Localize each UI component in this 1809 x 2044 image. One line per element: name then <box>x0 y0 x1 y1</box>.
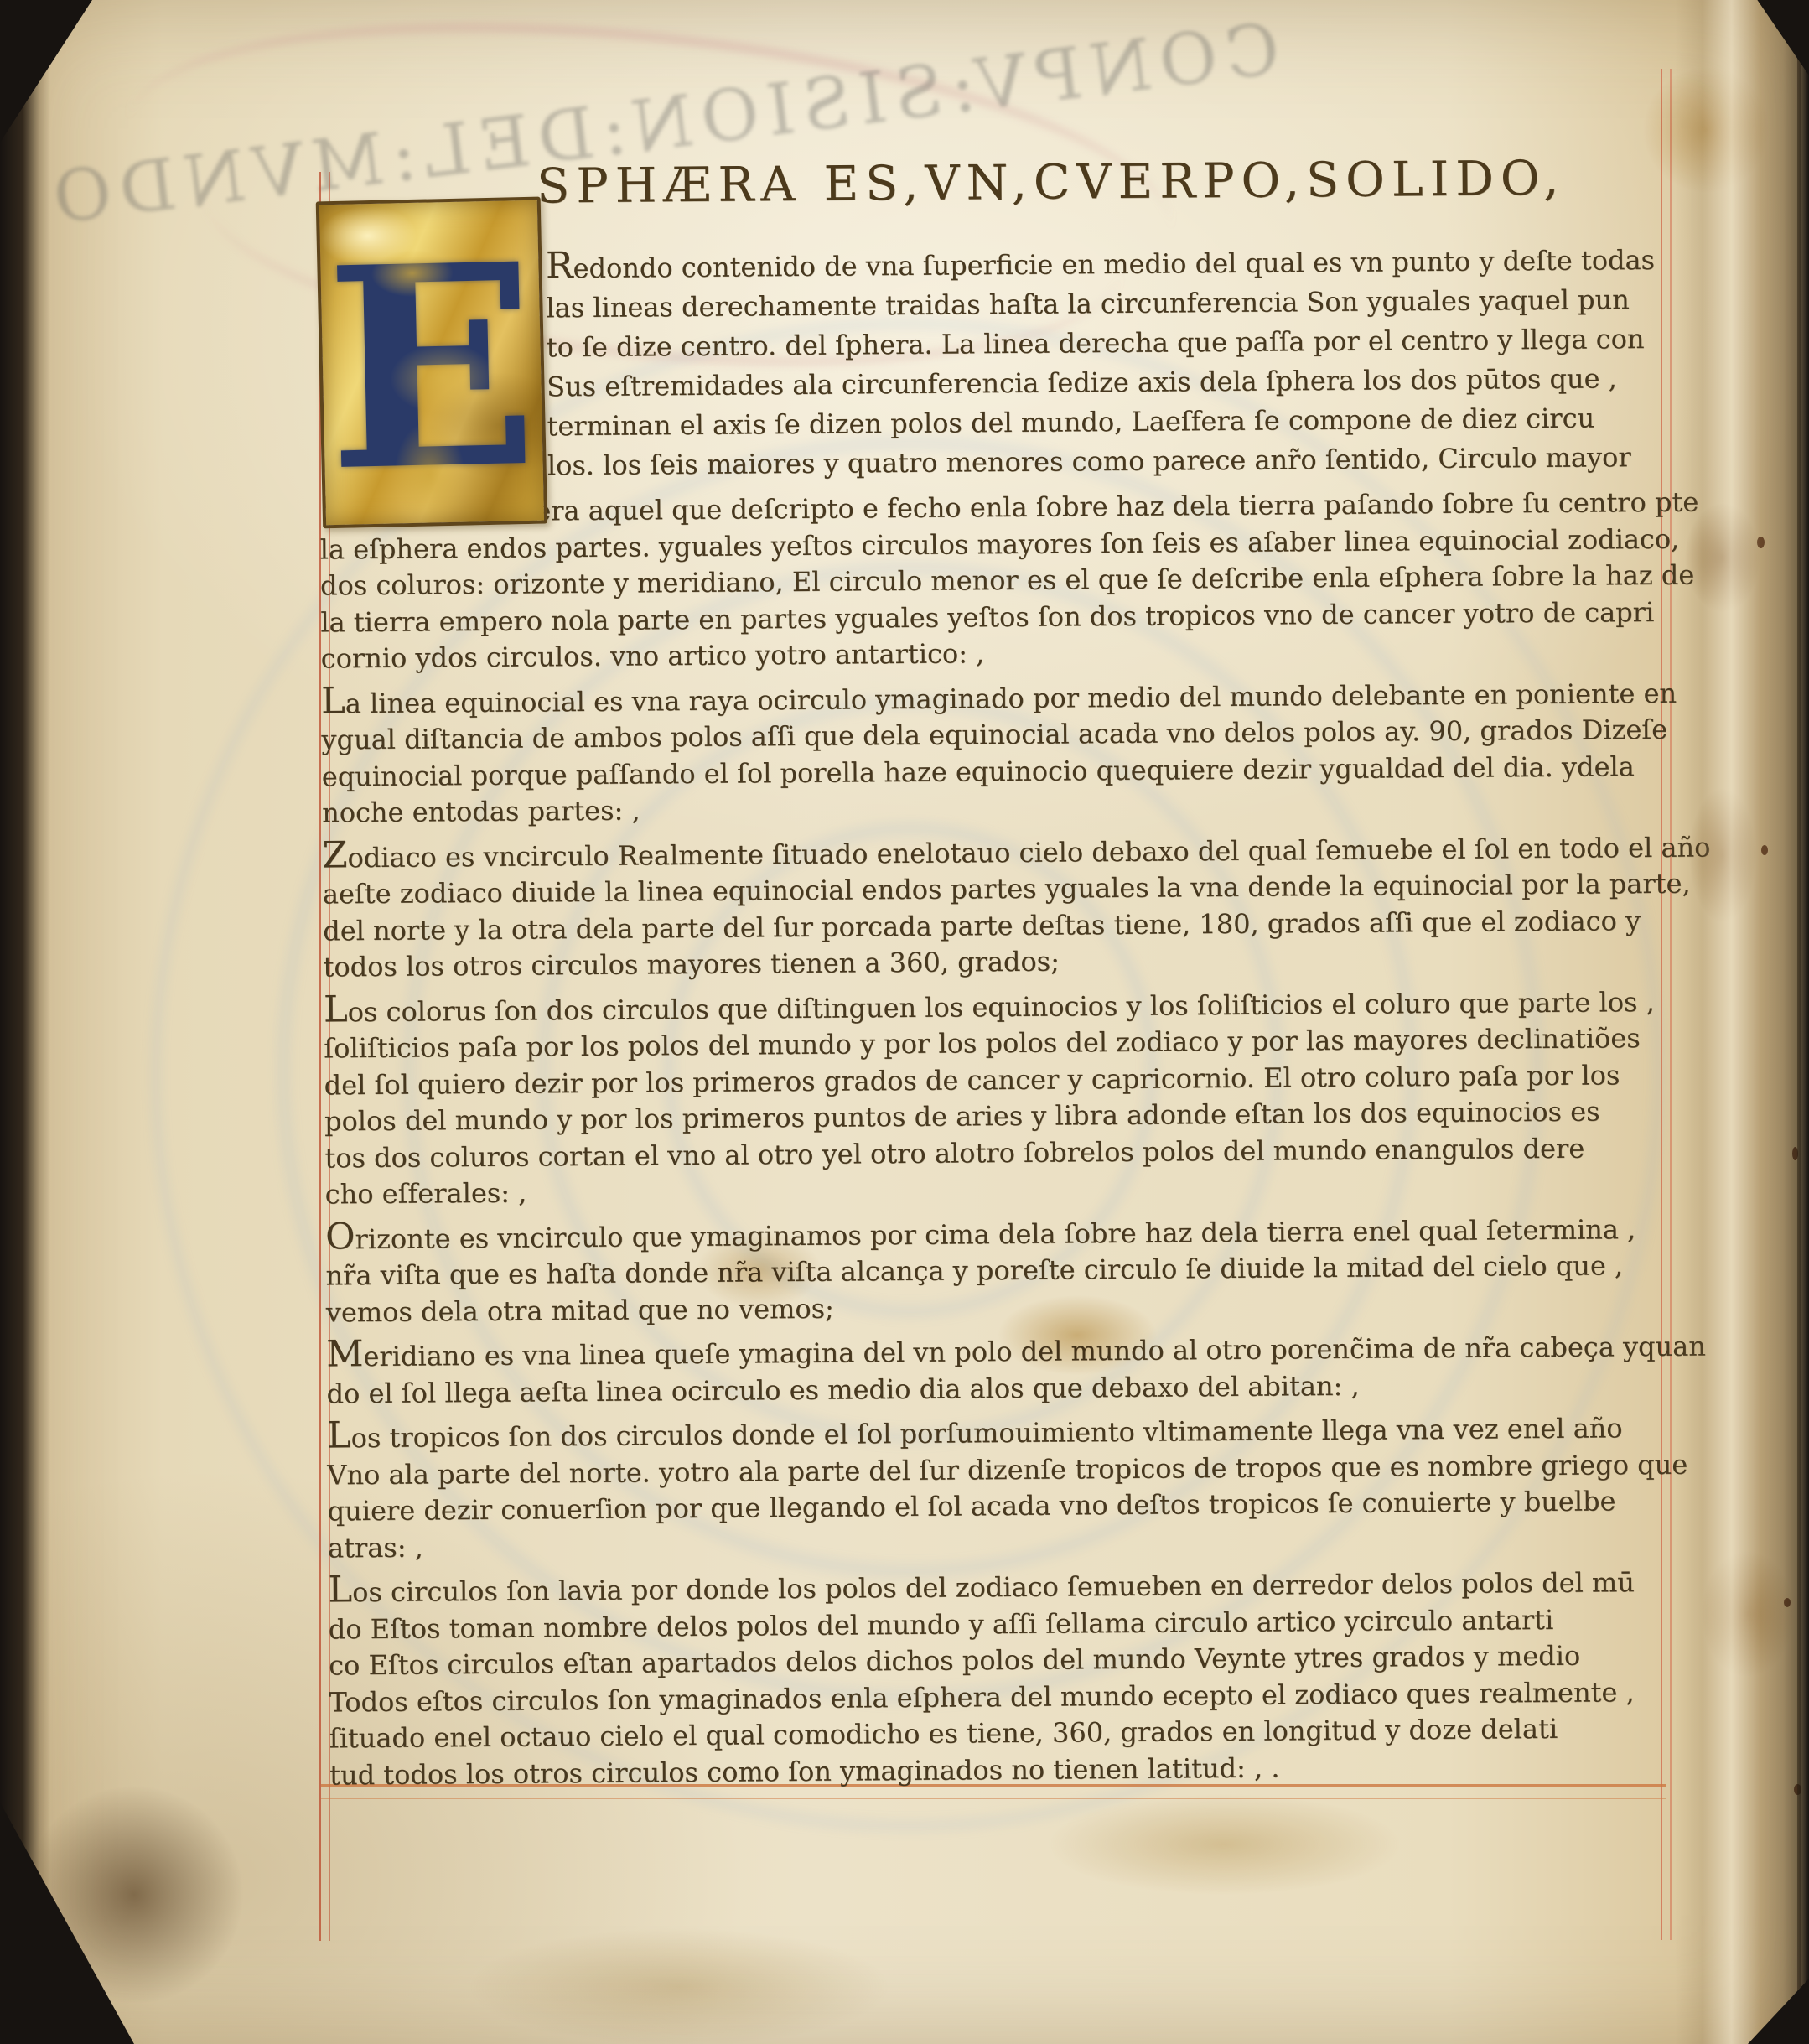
illuminated-initial: E <box>316 197 547 529</box>
text-line: los. los ſeis maiores y quatro menores c… <box>547 438 1667 485</box>
paragraph-circulos-polares: Los circulos ſon lavia por donde los pol… <box>328 1562 1677 1794</box>
opening-paragraph: Redondo contenido de vna ſuperficie en m… <box>546 238 1667 485</box>
stain <box>469 1928 889 2044</box>
paragraph-equinoctial: La linea equinocial es vna raya ocirculo… <box>321 672 1670 832</box>
stain <box>998 1295 1157 1375</box>
text-block: SPHÆRA ES,VN,CVERPO,SOLIDO, E Redondo co… <box>317 148 1677 1794</box>
page-fold-edge <box>1675 0 1801 2044</box>
initial-letter-e: E <box>324 240 540 495</box>
page-title: SPHÆRA ES,VN,CVERPO,SOLIDO, <box>536 148 1666 217</box>
body-text: Se dize enel eſfera aquel que deſcripto … <box>319 482 1677 1794</box>
book-edge-left <box>0 0 50 2044</box>
paragraph-orizonte: Orizonte es vncirculo que ymaginamos por… <box>325 1208 1674 1331</box>
paragraph-coluros: Los colorus ſon dos circulos que diſting… <box>324 981 1673 1213</box>
stain <box>1048 1794 1400 1895</box>
stain <box>696 1232 822 1308</box>
paragraph-zodiaco: Zodiaco es vncirculo Realmente ſituado e… <box>322 827 1671 986</box>
paragraph-tropicos: Los tropicos ſon dos circulos donde el ſ… <box>327 1408 1676 1567</box>
manuscript-photo: CONPV:SISION:DEL:MVNDO SPHÆRA ES,VN,CVER… <box>0 0 1809 2044</box>
book-edge-right <box>1797 0 1809 2044</box>
